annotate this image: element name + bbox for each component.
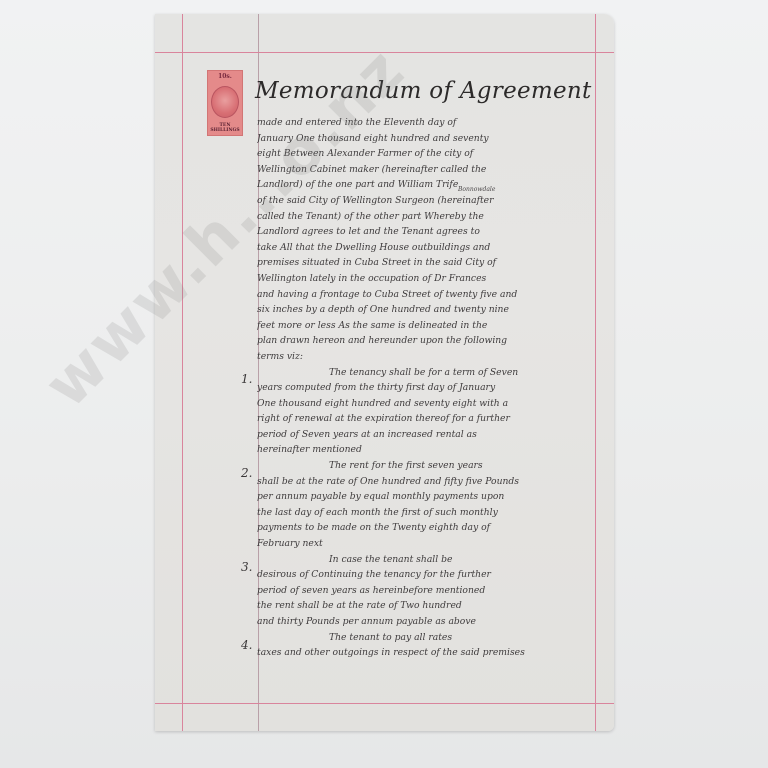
preamble-line: and having a frontage to Cuba Street of … [257,287,602,303]
preamble-line: plan drawn hereon and hereunder upon the… [257,333,602,349]
preamble-line: terms viz: [257,349,602,365]
clause-2-line: payments to be made on the Twenty eighth… [257,520,602,536]
margin-rule-left [182,14,183,731]
preamble-line: eight Between Alexander Farmer of the ci… [257,146,602,162]
document-title: Memorandum of Agreement [255,78,610,104]
revenue-stamp: 10s. TEN SHILLINGS [207,70,243,136]
preamble-line: take All that the Dwelling House outbuil… [257,240,602,256]
clause-1-line: hereinafter mentioned [257,442,602,458]
clause-3-line: In case the tenant shall be [257,552,602,568]
clause-2-line: shall be at the rate of One hundred and … [257,474,602,490]
preamble-line: of the said City of Wellington Surgeon (… [257,193,602,209]
preamble-line: Wellington lately in the occupation of D… [257,271,602,287]
clause-2-line: per annum payable by equal monthly payme… [257,489,602,505]
clause-1-line: The tenancy shall be for a term of Seven [257,365,602,381]
clause-1-line: period of Seven years at an increased re… [257,427,602,443]
clause-number-3: 3. [241,560,252,574]
clause-3-line: period of seven years as hereinbefore me… [257,583,602,599]
preamble-line: Wellington Cabinet maker (hereinafter ca… [257,162,602,178]
clause-1-line: One thousand eight hundred and seventy e… [257,396,602,412]
stamp-denomination: TEN SHILLINGS [208,123,242,133]
preamble-line: Landlord agrees to let and the Tenant ag… [257,224,602,240]
clause-number-1: 1. [241,372,252,386]
agreement-body: made and entered into the Eleventh day o… [257,115,602,661]
clause-3-line: the rent shall be at the rate of Two hun… [257,598,602,614]
clause-1-line: right of renewal at the expiration there… [257,411,602,427]
margin-rule-bottom [155,703,614,704]
preamble-line: premises situated in Cuba Street in the … [257,255,602,271]
clause-number-2: 2. [241,466,252,480]
document-page: 10s. TEN SHILLINGS Memorandum of Agreeme… [155,14,614,731]
clause-2-line: February next [257,536,602,552]
stamp-portrait-icon [211,86,239,118]
clause-2-line: The rent for the first seven years [257,458,602,474]
clause-4-line: taxes and other outgoings in respect of … [257,645,602,661]
clause-3-line: desirous of Continuing the tenancy for t… [257,567,602,583]
clause-number-4: 4. [241,638,252,652]
preamble-line: feet more or less As the same is delinea… [257,318,602,334]
preamble-line: six inches by a depth of One hundred and… [257,302,602,318]
clause-4-line: The tenant to pay all rates [257,630,602,646]
preamble-line: made and entered into the Eleventh day o… [257,115,602,131]
stamp-value: 10s. [218,73,232,80]
preamble-line: January One thousand eight hundred and s… [257,131,602,147]
preamble-line: called the Tenant) of the other part Whe… [257,209,602,225]
clause-3-line: and thirty Pounds per annum payable as a… [257,614,602,630]
clause-2-line: the last day of each month the first of … [257,505,602,521]
margin-rule-top [155,52,614,53]
clause-1-line: years computed from the thirty first day… [257,380,602,396]
preamble-line: Landlord) of the one part and William Tr… [257,177,602,193]
